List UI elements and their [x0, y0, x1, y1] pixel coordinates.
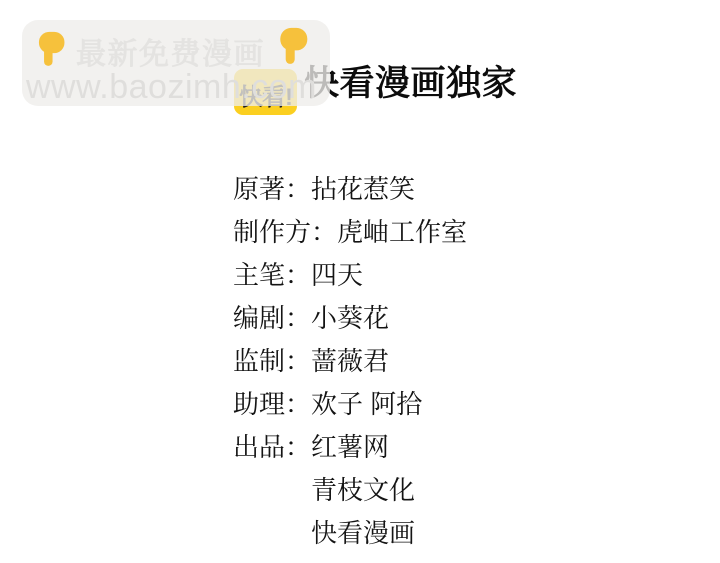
credits-list: 原著：拈花惹笑 制作方：虎岫工作室 主笔：四天 编剧：小葵花 监制：蔷薇君 助理…	[233, 168, 467, 555]
watermark-site-name: www.baozimh.com	[26, 68, 317, 107]
credit-value: 青枝文化	[311, 475, 415, 505]
credits-row: 助理：欢子 阿拾	[233, 383, 467, 426]
page-title: 快看漫画独家	[304, 56, 517, 106]
credit-label: 主笔：	[233, 260, 311, 290]
credits-row: 制作方：虎岫工作室	[233, 211, 467, 254]
credit-label: 原著：	[233, 174, 311, 204]
credits-row: 编剧：小葵花	[233, 297, 467, 340]
credit-value: 小葵花	[311, 303, 389, 333]
credits-row: 主笔：四天	[233, 254, 467, 297]
comic-credits-page: 快看! 快看漫画独家 最新免费漫画 www.baozimh.com 原著：拈花惹…	[0, 0, 720, 563]
watermark-tagline: 最新免费漫画	[76, 29, 265, 73]
credit-value: 四天	[311, 260, 363, 290]
credit-label: 编剧：	[233, 303, 311, 333]
credit-value: 蔷薇君	[311, 346, 389, 376]
credits-row: 快看漫画	[233, 512, 467, 555]
credit-label: 出品：	[233, 432, 311, 462]
credits-row: 原著：拈花惹笑	[233, 168, 467, 211]
credit-value: 快看漫画	[311, 518, 415, 548]
credit-label: 助理：	[233, 389, 311, 419]
credit-value: 拈花惹笑	[311, 174, 415, 204]
credit-label: 监制：	[233, 346, 311, 376]
pointing-down-hand-icon	[33, 26, 67, 70]
pointing-down-hand-icon	[274, 22, 310, 68]
credits-row: 青枝文化	[233, 469, 467, 512]
credit-value: 欢子 阿拾	[311, 389, 422, 419]
credits-row: 监制：蔷薇君	[233, 340, 467, 383]
credit-label: 制作方：	[233, 217, 337, 247]
credit-value: 红薯网	[311, 432, 389, 462]
credits-row: 出品：红薯网	[233, 426, 467, 469]
credit-value: 虎岫工作室	[337, 217, 467, 247]
